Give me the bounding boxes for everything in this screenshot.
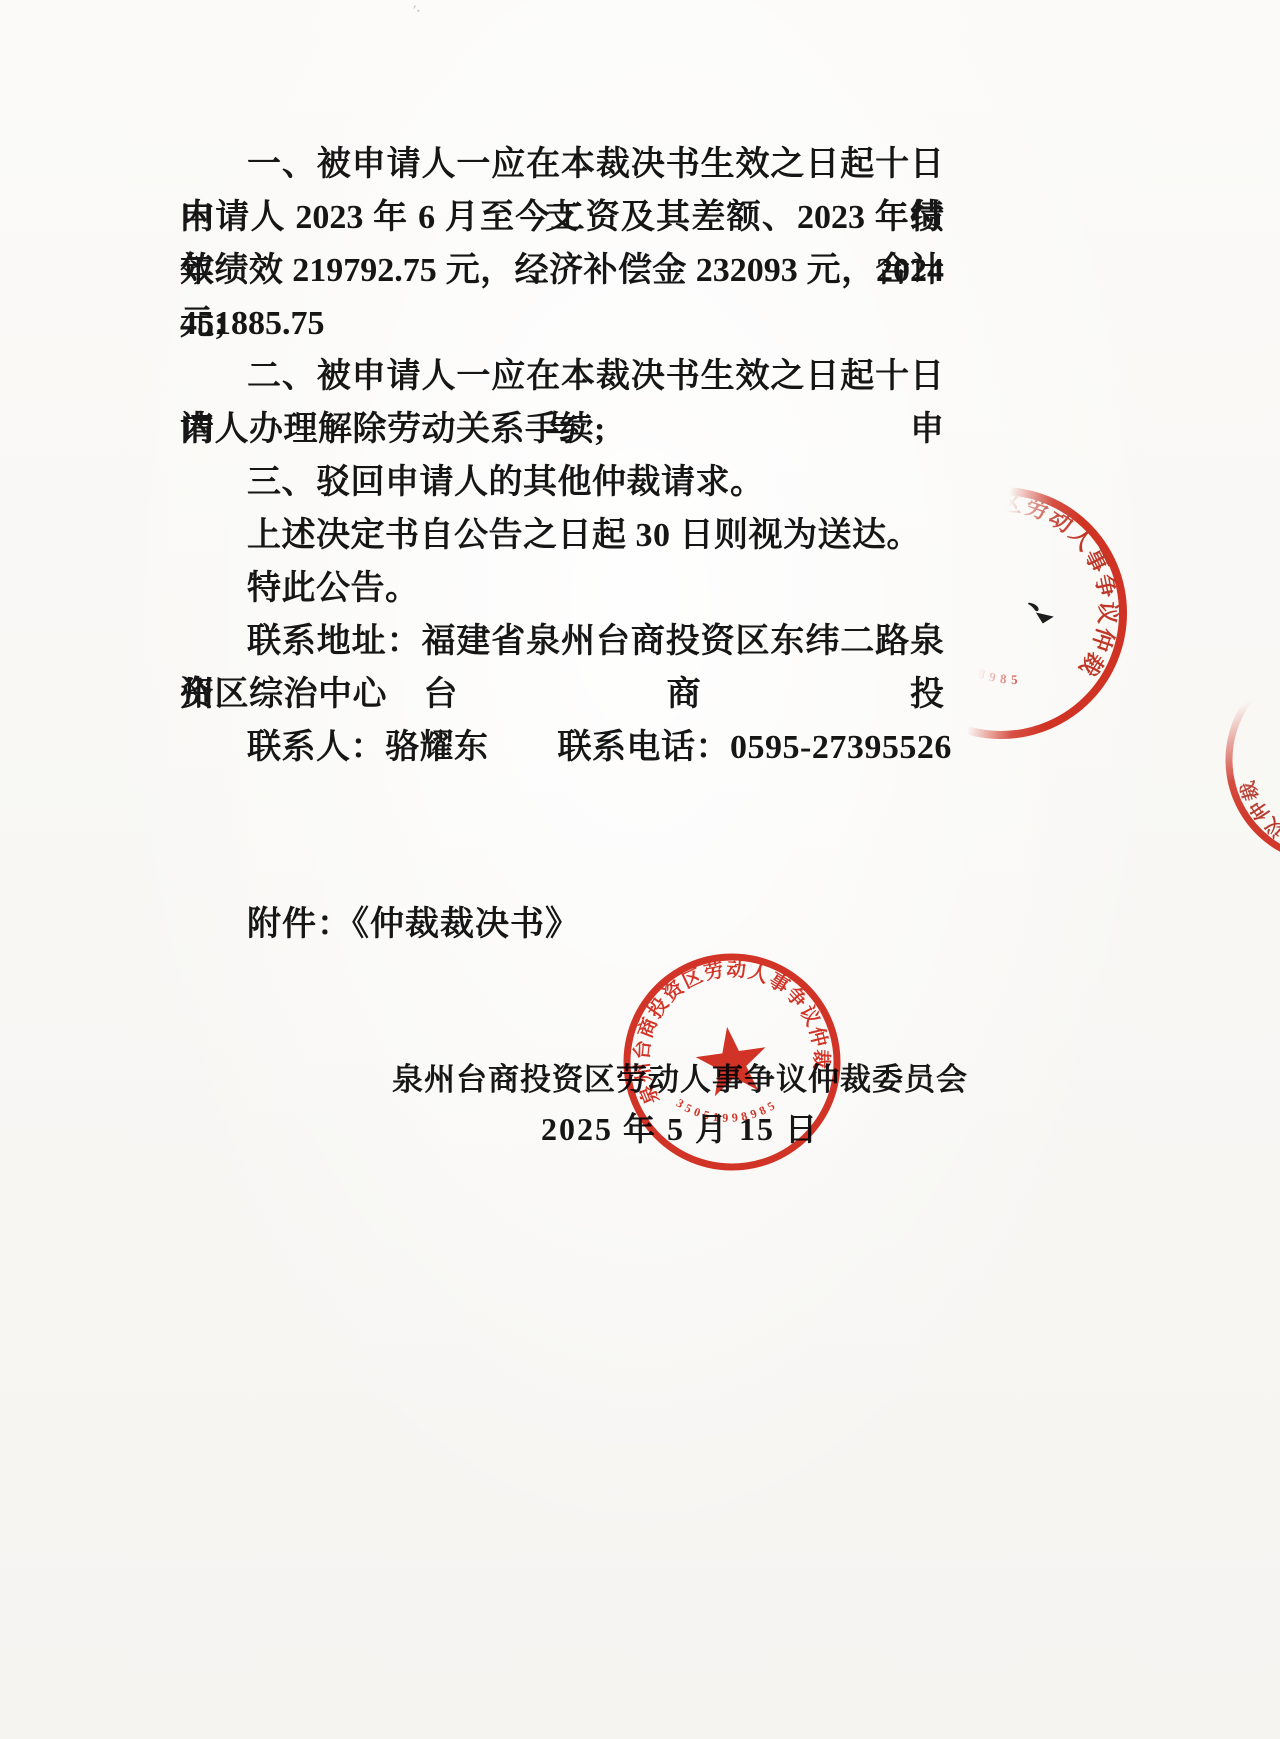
ruling-item-3: 三、驳回申请人的其他仲裁请求。 (180, 456, 944, 509)
svg-text:泉州台商投资区劳动人事争议仲裁委员会: 泉州台商投资区劳动人事争议仲裁委员会 (1228, 670, 1280, 913)
seal-ring (1192, 622, 1280, 898)
ruling-item-2-line-1: 二、被申请人一应在本裁决书生效之日起十日内与申 (180, 350, 944, 403)
contact-person-phone-line: 联系人：骆耀东 联系电话：0595-27395526 (180, 721, 944, 774)
document-body: 一、被申请人一应在本裁决书生效之日起十日内支付 申请人 2023 年 6 月至今… (180, 138, 944, 774)
ruling-item-1-line-1: 一、被申请人一应在本裁决书生效之日起十日内支付 (180, 138, 944, 191)
official-seal-partial-right-edge: 泉州台商投资区劳动人事争议仲裁委员会 (1177, 607, 1280, 913)
signature-block: 泉州台商投资区劳动人事争议仲裁委员会 2025 年 5 月 15 日 (350, 1060, 1010, 1149)
contact-address-line-1: 联系地址：福建省泉州台商投资区东纬二路泉州台商投 (180, 615, 944, 668)
issue-date: 2025 年 5 月 15 日 (350, 1109, 1010, 1149)
issuing-committee-name: 泉州台商投资区劳动人事争议仲裁委员会 (350, 1060, 1010, 1100)
faint-scan-mark: ʹ· (411, 3, 422, 20)
hereby-announced-line: 特此公告。 (180, 562, 944, 615)
seal-ring-text: 泉州台商投资区劳动人事争议仲裁委员会 (1228, 670, 1280, 913)
document-page: ʹ· 一、被申请人一应在本裁决书生效之日起十日内支付 申请人 2023 年 6 … (0, 0, 1280, 1739)
service-notice-line: 上述决定书自公告之日起 30 日则视为送达。 (180, 509, 944, 562)
attachment-line: 附件：《仲裁裁决书》 (247, 905, 580, 945)
ruling-item-1-line-2: 申请人 2023 年 6 月至今工资及其差额、2023 年绩效、2024 (180, 191, 944, 244)
official-seal-edge-graphic: 泉州台商投资区劳动人事争议仲裁委员会 (1177, 607, 1280, 913)
ruling-item-1-line-3: 年绩效 219792.75 元，经济补偿金 232093 元，合计 451885… (180, 244, 944, 297)
